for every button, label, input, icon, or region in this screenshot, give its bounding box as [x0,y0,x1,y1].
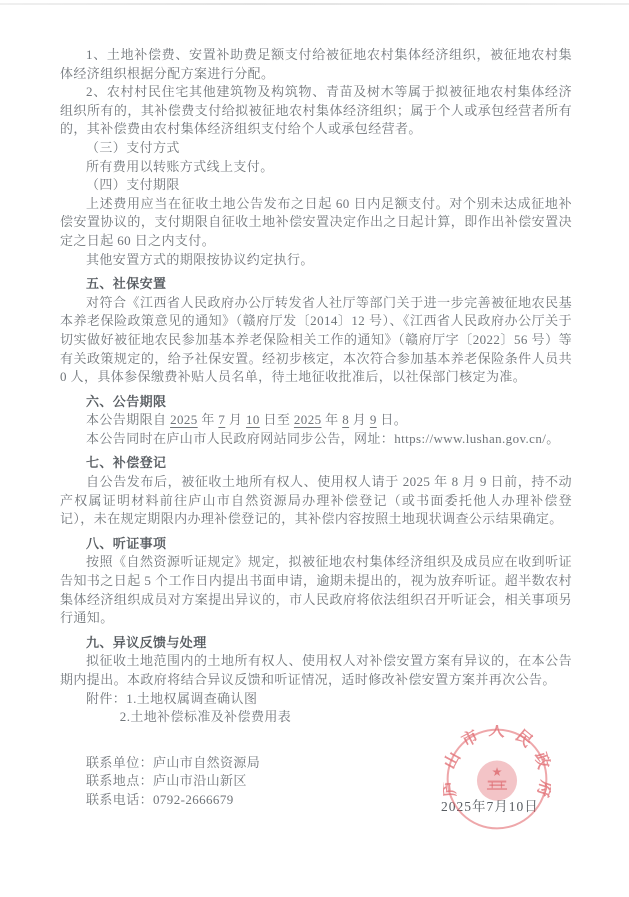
attachments-line-1: 附件：1.土地权属调查确认图 [60,690,572,709]
paragraph-hearing: 按照《自然资源听证规定》规定，拟被征地农村集体经济组织及成员应在收到听证告知书之… [60,553,572,627]
section-heading-hearing: 八、听证事项 [60,535,572,554]
period-text: 日。 [377,412,407,427]
paragraph-compensation-1: 1、土地补偿费、安置补助费足额支付给被征地农村集体经济组织，被征地农村集体经济组… [60,46,572,83]
period-text: 日至 [260,412,294,427]
paragraph-compensation-registration: 自公告发布后，被征收土地所有权人、使用权人请于 2025 年 8 月 9 日前，… [60,473,572,529]
section-heading-announcement-period: 六、公告期限 [60,393,572,412]
seal-graphic: ★ 庐山市人民政府 [443,725,551,833]
official-seal: ★ 庐山市人民政府 [443,725,551,833]
paragraph-compensation-2: 2、农村村民住宅其他建筑物及构筑物、青苗及树木等属于拟被征地农村集体经济组织所有… [60,83,572,139]
period-year-start: 2025 [170,412,198,427]
announcement-page: 1、土地补偿费、安置补助费足额支付给被征地农村集体经济组织，被征地农村集体经济组… [0,0,629,897]
announcement-period-line: 本公告期限自 2025 年 7 月 10 日至 2025 年 8 月 9 日。 [60,411,572,430]
paragraph-website-notice: 本公告同时在庐山市人民政府网站同步公告，网址：https://www.lusha… [60,430,572,449]
period-text: 月 [349,412,370,427]
period-day-end: 9 [370,412,377,427]
period-day-start: 10 [246,412,260,427]
scan-edge-line [0,3,629,5]
paragraph-payment-method: 所有费用以转账方式线上支付。 [60,158,572,177]
period-text: 年 [198,412,219,427]
paragraph-objection: 拟征收土地范围内的土地所有权人、使用权人对补偿安置方案有异议的，在本公告期内提出… [60,652,572,689]
period-text: 年 [322,412,343,427]
paragraph-social-security: 对符合《江西省人民政府办公厅转发省人社厅等部门关于进一步完善被征地农民基本养老保… [60,294,572,387]
period-year-end: 2025 [294,412,322,427]
national-emblem-icon: ★ [477,760,517,800]
period-text: 本公告期限自 [86,412,170,427]
paragraph-payment-term-other: 其他安置方式的期限按协议约定执行。 [60,251,572,270]
attachments-line-2: 2.土地补偿标准及补偿费用表 [60,708,572,727]
document-body: 1、土地补偿费、安置补助费足额支付给被征地农村集体经济组织，被征地农村集体经济组… [60,46,572,810]
paragraph-payment-term: 上述费用应当在征收土地公告发布之日起 60 日内足额支付。对个别未达成征地补偿安… [60,195,572,251]
svg-text:★: ★ [491,765,502,779]
section-heading-objection: 九、异议反馈与处理 [60,634,572,653]
subheading-payment-term: （四）支付期限 [60,176,572,195]
subheading-payment-method: （三）支付方式 [60,139,572,158]
section-heading-social-security: 五、社保安置 [60,275,572,294]
section-heading-compensation-registration: 七、补偿登记 [60,454,572,473]
period-text: 月 [225,412,246,427]
